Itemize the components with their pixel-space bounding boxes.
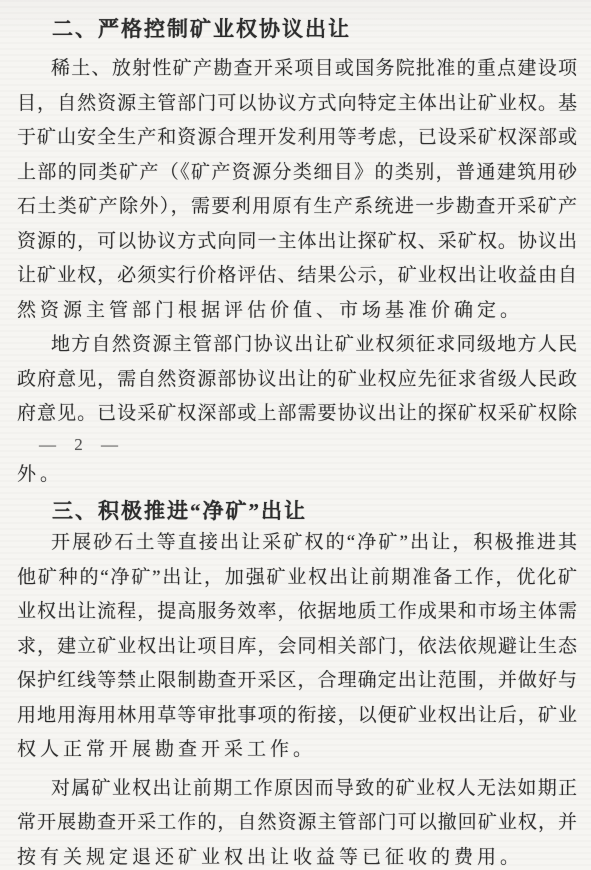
text-line: 石土类矿产除外），需要利用原有生产系统进一步勘查开采矿产 [17, 190, 578, 225]
text-line: 府意见。已设采矿权深部或上部需要协议出让的探矿权采矿权除 [17, 397, 578, 432]
text-line: 业权出让流程，提高服务效率，依据地质工作成果和市场主体需 [17, 595, 578, 630]
text-line: 然资源主管部门根据评估价值、市场基准价确定。 [17, 294, 578, 329]
page-number: — 2 — [39, 432, 578, 458]
text-line: 用地用海用林用草等审批事项的衔接，以便矿业权出让后，矿业 [17, 699, 578, 734]
text-line: 地方自然资源主管部门协议出让矿业权须征求同级地方人民 [17, 328, 578, 363]
paragraph: 对属矿业权出让前期工作原因而导致的矿业权人无法如期正 常开展勘查开采工作的，自然… [17, 772, 578, 870]
paragraph: 开展砂石土等直接出让采矿权的“净矿”出让，积极推进其 他矿种的“净矿”出让，加强… [17, 526, 578, 768]
text-line: 对属矿业权出让前期工作原因而导致的矿业权人无法如期正 [17, 772, 578, 807]
document-page: 二、严格控制矿业权协议出让 稀土、放射性矿产勘查开采项目或国务院批准的重点建设项… [0, 0, 591, 870]
paragraph: 地方自然资源主管部门协议出让矿业权须征求同级地方人民 政府意见，需自然资源部协议… [17, 328, 578, 432]
text-line: 目，自然资源主管部门可以协议方式向特定主体出让矿业权。基 [17, 87, 578, 122]
text-line: 开展砂石土等直接出让采矿权的“净矿”出让，积极推进其 [17, 526, 578, 561]
section-heading-3: 三、积极推进“净矿”出让 [52, 496, 578, 526]
section-heading-2: 二、严格控制矿业权协议出让 [52, 14, 578, 44]
text-line: 求，建立矿业权出让项目库，会同相关部门，依法依规避让生态 [17, 630, 578, 665]
text-line: 外。 [17, 458, 578, 493]
text-line: 资源的，可以协议方式向同一主体出让探矿权、采矿权。协议出 [17, 225, 578, 260]
text-line: 常开展勘查开采工作的，自然资源主管部门可以撤回矿业权，并 [17, 806, 578, 841]
text-line: 按有关规定退还矿业权出让收益等已征收的费用。 [17, 841, 578, 870]
text-line: 保护红线等禁止限制勘查开采区，合理确定出让范围，并做好与 [17, 664, 578, 699]
paragraph: 稀土、放射性矿产勘查开采项目或国务院批准的重点建设项 目，自然资源主管部门可以协… [17, 52, 578, 328]
text-line: 权人正常开展勘查开采工作。 [17, 733, 578, 768]
text-line: 上部的同类矿产（《矿产资源分类细目》的类别，普通建筑用砂 [17, 156, 578, 191]
text-line: 稀土、放射性矿产勘查开采项目或国务院批准的重点建设项 [17, 52, 578, 87]
text-line: 他矿种的“净矿”出让，加强矿业权出让前期准备工作，优化矿 [17, 561, 578, 596]
text-line: 政府意见，需自然资源部协议出让的矿业权应先征求省级人民政 [17, 363, 578, 398]
text-line: 于矿山安全生产和资源合理开发利用等考虑，已设采矿权深部或 [17, 121, 578, 156]
text-line: 让矿业权，必须实行价格评估、结果公示，矿业权出让收益由自 [17, 259, 578, 294]
